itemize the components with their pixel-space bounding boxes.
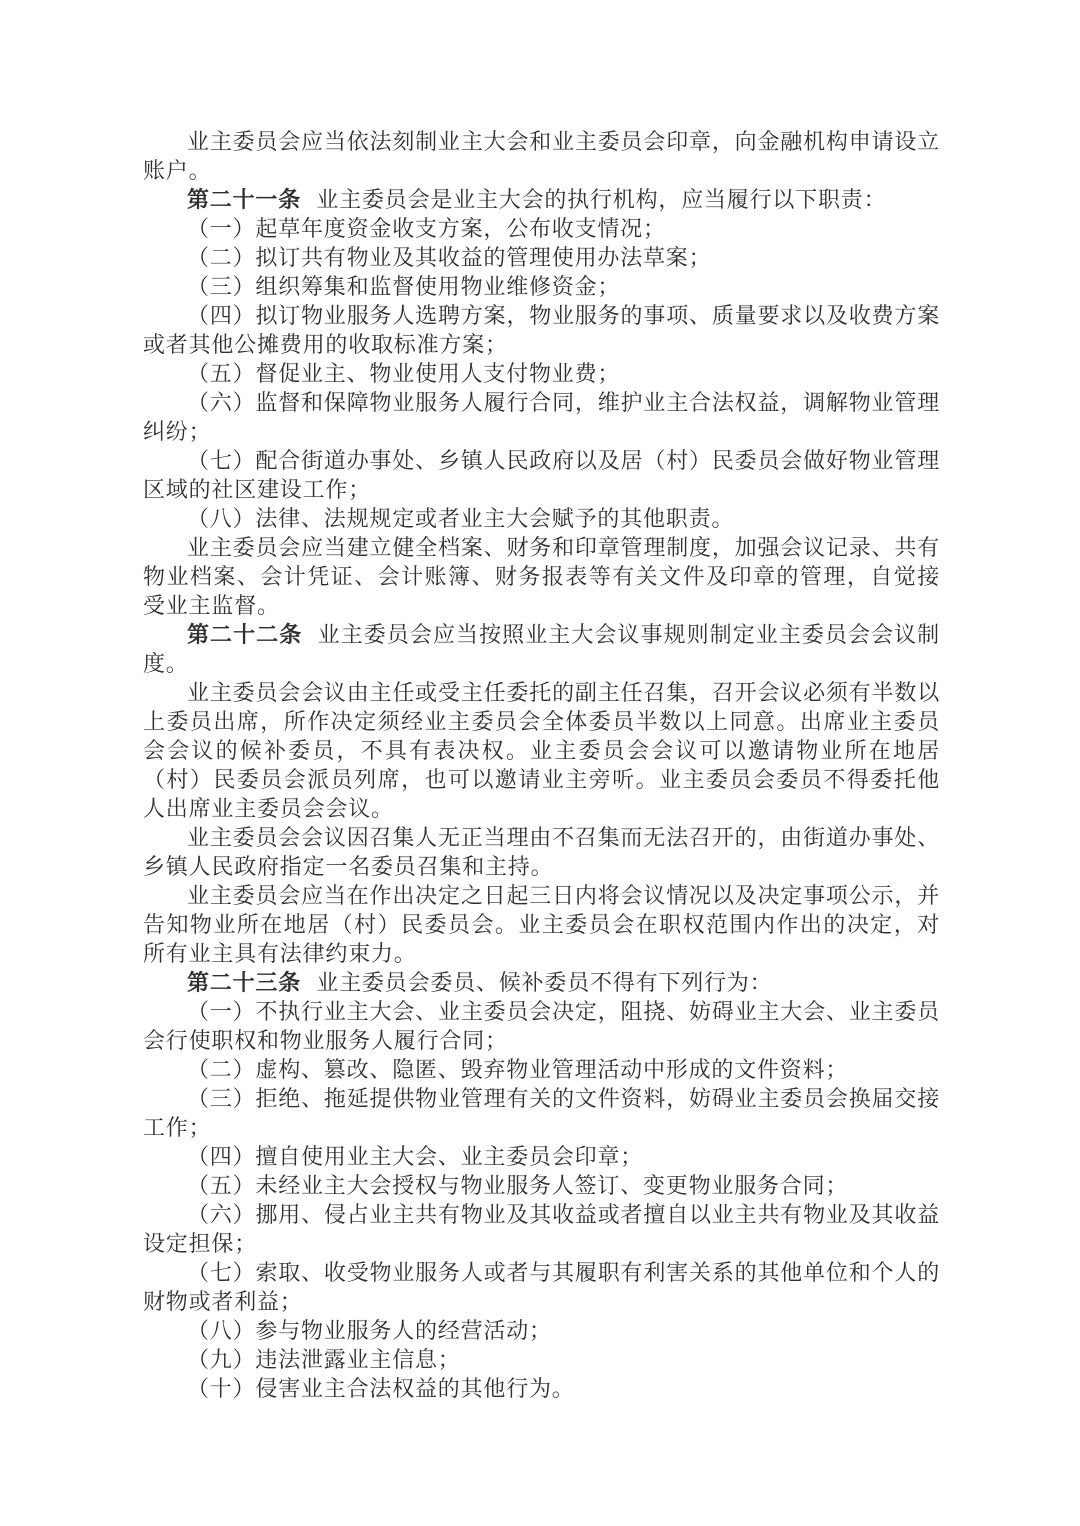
paragraph: 业主委员会应当建立健全档案、财务和印章管理制度，加强会议记录、共有物业档案、会计… (143, 533, 940, 620)
paragraph: （三）组织筹集和监督使用物业维修资金； (143, 272, 940, 301)
document-page: 业主委员会应当依法刻制业主大会和业主委员会印章，向金融机构申请设立账户。 第二十… (0, 0, 1080, 1526)
paragraph-text: （六）监督和保障物业服务人履行合同，维护业主合法权益，调解物业管理纠纷； (143, 390, 940, 444)
paragraph: 业主委员会应当在作出决定之日起三日内将会议情况以及决定事项公示，并告知物业所在地… (143, 881, 940, 968)
paragraph: （四）拟订物业服务人选聘方案，物业服务的事项、质量要求以及收费方案或者其他公摊费… (143, 301, 940, 359)
paragraph: （五）督促业主、物业使用人支付物业费； (143, 359, 940, 388)
paragraph: 业主委员会会议因召集人无正当理由不召集而无法召开的，由街道办事处、乡镇人民政府指… (143, 823, 940, 881)
paragraph: （五）未经业主大会授权与物业服务人签订、变更物业服务合同； (143, 1171, 940, 1200)
paragraph-text: （七）索取、收受物业服务人或者与其履职有利害关系的其他单位和个人的财物或者利益； (143, 1260, 940, 1314)
paragraph-text: （三）组织筹集和监督使用物业维修资金； (187, 274, 620, 299)
paragraph-text: （一）起草年度资金收支方案，公布收支情况； (187, 216, 666, 241)
paragraph: 第二十一条业主委员会是业主大会的执行机构，应当履行以下职责： (143, 185, 940, 214)
paragraph-text: （二）虚构、篡改、隐匿、毁弃物业管理活动中形成的文件资料； (187, 1057, 848, 1082)
paragraph: （二）虚构、篡改、隐匿、毁弃物业管理活动中形成的文件资料； (143, 1055, 940, 1084)
paragraph-text: （八）法律、法规规定或者业主大会赋予的其他职责。 (187, 506, 734, 531)
paragraph-text: 业主委员会委员、候补委员不得有下列行为： (316, 970, 772, 995)
paragraph-text: （五）未经业主大会授权与物业服务人签订、变更物业服务合同； (187, 1173, 848, 1198)
paragraph: （八）法律、法规规定或者业主大会赋予的其他职责。 (143, 504, 940, 533)
paragraph-text: 业主委员会是业主大会的执行机构，应当履行以下职责： (316, 187, 886, 212)
paragraph: 业主委员会应当依法刻制业主大会和业主委员会印章，向金融机构申请设立账户。 (143, 127, 940, 185)
paragraph-text: 业主委员会会议因召集人无正当理由不召集而无法召开的，由街道办事处、乡镇人民政府指… (143, 825, 940, 879)
paragraph: （十）侵害业主合法权益的其他行为。 (143, 1374, 940, 1403)
paragraph-text: 业主委员会会议由主任或受主任委托的副主任召集，召开会议必须有半数以上委员出席，所… (143, 680, 940, 821)
paragraph: （二）拟订共有物业及其收益的管理使用办法草案； (143, 243, 940, 272)
paragraph-text: （四）擅自使用业主大会、业主委员会印章； (187, 1144, 643, 1169)
paragraph-text: （二）拟订共有物业及其收益的管理使用办法草案； (187, 245, 711, 270)
paragraph: （七）配合街道办事处、乡镇人民政府以及居（村）民委员会做好物业管理区域的社区建设… (143, 446, 940, 504)
paragraph: 第二十二条业主委员会应当按照业主大会议事规则制定业主委员会会议制度。 (143, 620, 940, 678)
paragraph: （九）违法泄露业主信息； (143, 1345, 940, 1374)
paragraph-text: （七）配合街道办事处、乡镇人民政府以及居（村）民委员会做好物业管理区域的社区建设… (143, 448, 940, 502)
paragraph-text: （一）不执行业主大会、业主委员会决定，阻挠、妨碍业主大会、业主委员会行使职权和物… (143, 999, 940, 1053)
paragraph: （四）擅自使用业主大会、业主委员会印章； (143, 1142, 940, 1171)
paragraph-text: （五）督促业主、物业使用人支付物业费； (187, 361, 620, 386)
paragraph-text: 业主委员会应当依法刻制业主大会和业主委员会印章，向金融机构申请设立账户。 (143, 129, 940, 183)
paragraph-text: （八）参与物业服务人的经营活动； (187, 1318, 552, 1343)
paragraph: （六）监督和保障物业服务人履行合同，维护业主合法权益，调解物业管理纠纷； (143, 388, 940, 446)
paragraph-text: 业主委员会应当在作出决定之日起三日内将会议情况以及决定事项公示，并告知物业所在地… (143, 883, 940, 966)
article-number: 第二十二条 (187, 622, 302, 647)
paragraph: （七）索取、收受物业服务人或者与其履职有利害关系的其他单位和个人的财物或者利益； (143, 1258, 940, 1316)
paragraph-text: （四）拟订物业服务人选聘方案，物业服务的事项、质量要求以及收费方案或者其他公摊费… (143, 303, 940, 357)
paragraph: （一）起草年度资金收支方案，公布收支情况； (143, 214, 940, 243)
paragraph-text: （九）违法泄露业主信息； (187, 1347, 461, 1372)
paragraph: （八）参与物业服务人的经营活动； (143, 1316, 940, 1345)
paragraph: （三）拒绝、拖延提供物业管理有关的文件资料，妨碍业主委员会换届交接工作； (143, 1084, 940, 1142)
paragraph-text: （六）挪用、侵占业主共有物业及其收益或者擅自以业主共有物业及其收益设定担保； (143, 1202, 940, 1256)
article-number: 第二十三条 (187, 970, 301, 995)
paragraph: 业主委员会会议由主任或受主任委托的副主任召集，召开会议必须有半数以上委员出席，所… (143, 678, 940, 823)
document-body: 业主委员会应当依法刻制业主大会和业主委员会印章，向金融机构申请设立账户。 第二十… (143, 127, 940, 1403)
article-number: 第二十一条 (187, 187, 301, 212)
paragraph: 第二十三条业主委员会委员、候补委员不得有下列行为： (143, 968, 940, 997)
paragraph: （六）挪用、侵占业主共有物业及其收益或者擅自以业主共有物业及其收益设定担保； (143, 1200, 940, 1258)
paragraph-text: （十）侵害业主合法权益的其他行为。 (187, 1376, 575, 1401)
paragraph-text: 业主委员会应当建立健全档案、财务和印章管理制度，加强会议记录、共有物业档案、会计… (143, 535, 940, 618)
paragraph-text: （三）拒绝、拖延提供物业管理有关的文件资料，妨碍业主委员会换届交接工作； (143, 1086, 940, 1140)
paragraph: （一）不执行业主大会、业主委员会决定，阻挠、妨碍业主大会、业主委员会行使职权和物… (143, 997, 940, 1055)
